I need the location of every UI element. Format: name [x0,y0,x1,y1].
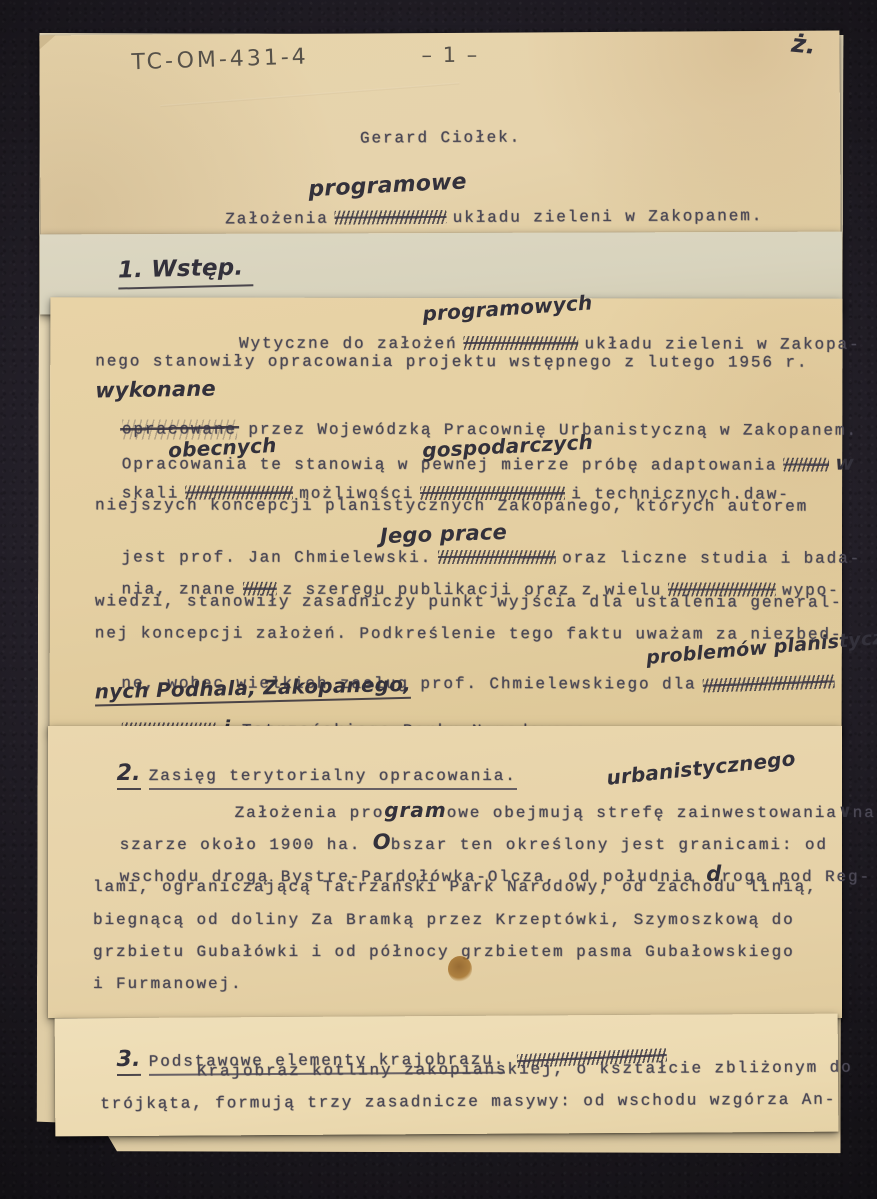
s2-line6: grzbietu Gubałówki i od północy grzbiete… [93,942,795,962]
section3-number-handwritten: 3. [116,1047,140,1076]
s2-l1-text-c: na ob- [853,804,877,822]
s2-line7: i Furmanowej. [93,974,243,994]
s1-line9: wiedzi, stanowiły zasadniczy punkt wyjśc… [95,591,843,612]
page-number: – 1 – [421,45,479,65]
ink-stain [448,956,472,982]
section2-slip: 2.Zasięg terytorialny opracowania. Założ… [48,726,842,1018]
s1-line2: nego stanowiły opracowania projektu wstę… [95,351,808,372]
s3-line1: Krajobraz kotliny zakopiańskiej, o kszta… [197,1058,853,1082]
scribble-strikethrough [783,458,829,472]
handwritten-w: w [835,451,854,475]
title-text-pre: Założenia [225,210,329,229]
section1-slip: Wytyczne do założeńukładu zieleni w Zako… [50,297,843,734]
paper-crease [160,82,459,107]
s2-line3: wschodu drogą Bystre-Pardołówka-Olcza, o… [93,844,871,907]
s2-line4: lami, ograniczającą Tatrzański Park Naro… [93,877,818,897]
photo-of-archival-document: TC-OM-431-4 – 1 – ż. Gerard Ciołek. Zało… [0,0,877,1199]
section3-slip: 3.Podstawowe elementy krajobrazu. Krajob… [55,1014,839,1137]
insertion-caret: ∨ [838,801,853,822]
section2-number-handwritten: 2. [117,761,141,790]
s1-l1-text-a: Wytyczne do założeń [239,335,458,353]
s1-line6: niejszych koncepcji planistycznych Zakop… [95,495,808,516]
corner-ink-mark: ż. [791,34,817,56]
handwritten-jego-prace: Jego prace [380,520,508,548]
scribble-strikethrough [335,210,447,225]
title-text-post: układu zieleni w Zakopanem. [453,207,764,227]
s2-line5: biegnącą od doliny Za Bramką przez Krzep… [93,910,795,930]
archive-code-pencil: TC-OM-431-4 [131,47,309,73]
author-line: Gerard Ciołek. [360,128,521,149]
scribble-strikethrough [463,336,578,350]
section1-heading-handwritten: 1. Wstęp. [118,254,254,289]
s1-l1-text-b: układu zieleni w Zakopa- [584,335,860,353]
title-slip: TC-OM-431-4 – 1 – ż. Gerard Ciołek. Zało… [39,31,840,238]
scribble-strikethrough [702,674,834,692]
s3-line2: trójkąta, formują trzy zasadnicze masywy… [100,1090,836,1114]
folded-corner [39,35,55,49]
